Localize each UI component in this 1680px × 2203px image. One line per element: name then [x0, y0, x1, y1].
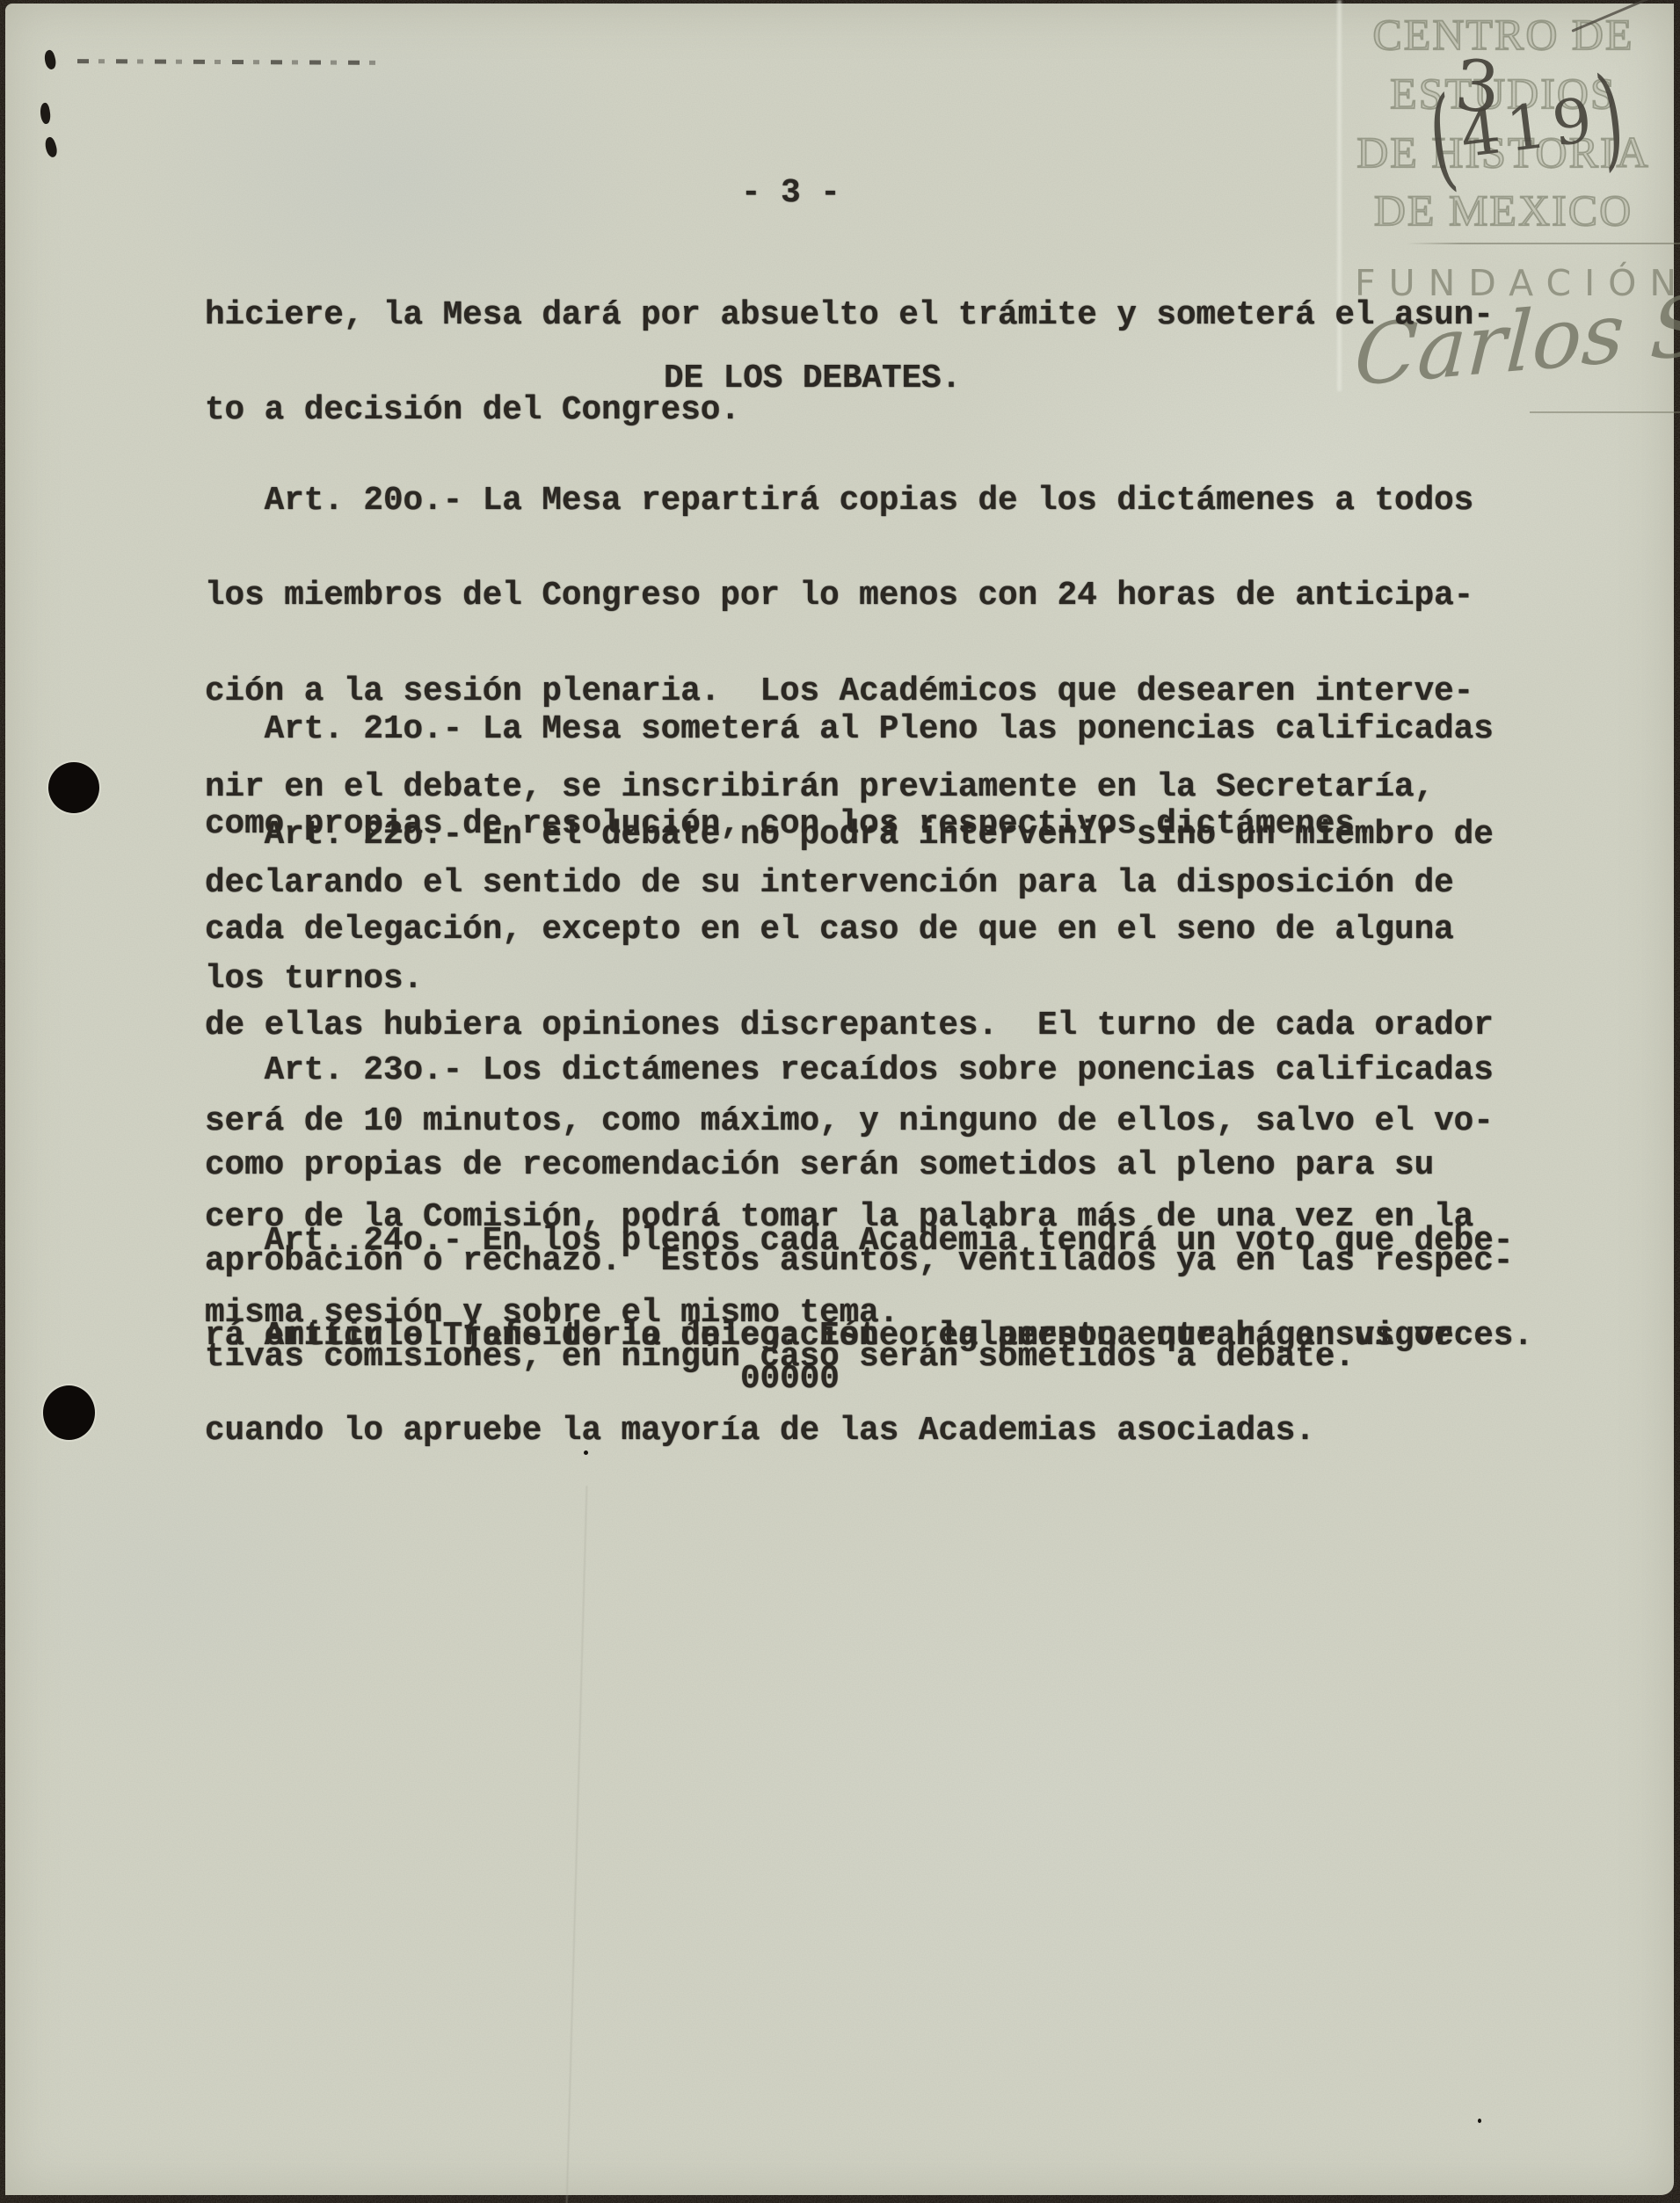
watermark-rule	[1530, 411, 1680, 413]
page-number: - 3 -	[741, 178, 840, 209]
scanned-document-page: CENTRO DE ESTUDIOS DE HISTORIA DE MEXICO…	[0, 0, 1680, 2203]
punch-hole	[43, 1385, 95, 1440]
typed-line: cuando lo apruebe la mayoría de las Acad…	[205, 1415, 1454, 1447]
typed-line: cada delegación, excepto en el caso de q…	[205, 914, 1494, 946]
typed-line: hiciere, la Mesa dará por absuelto el tr…	[205, 300, 1494, 331]
typed-line: Art. 23o.- Los dictámenes recaídos sobre…	[205, 1055, 1513, 1087]
typed-line: los miembros del Congreso por lo menos c…	[205, 580, 1473, 612]
punch-hole	[48, 762, 99, 813]
typed-line: Art. 24o.- En los plenos cada Academia t…	[205, 1225, 1533, 1257]
typed-line: Art. 22o.- En el debate no podrá interve…	[205, 819, 1494, 851]
typed-line: Artículo Transitorio único: Este reglame…	[205, 1320, 1454, 1352]
closing-mark: 00000	[740, 1363, 840, 1395]
section-heading: DE LOS DEBATES.	[664, 363, 961, 395]
typed-line: Art. 21o.- La Mesa someterá al Pleno las…	[205, 714, 1494, 745]
ink-speck	[1478, 2119, 1481, 2123]
typed-line: Art. 20o.- La Mesa repartirá copias de l…	[205, 485, 1473, 517]
watermark-org-line: DE MEXICO	[1345, 185, 1662, 236]
